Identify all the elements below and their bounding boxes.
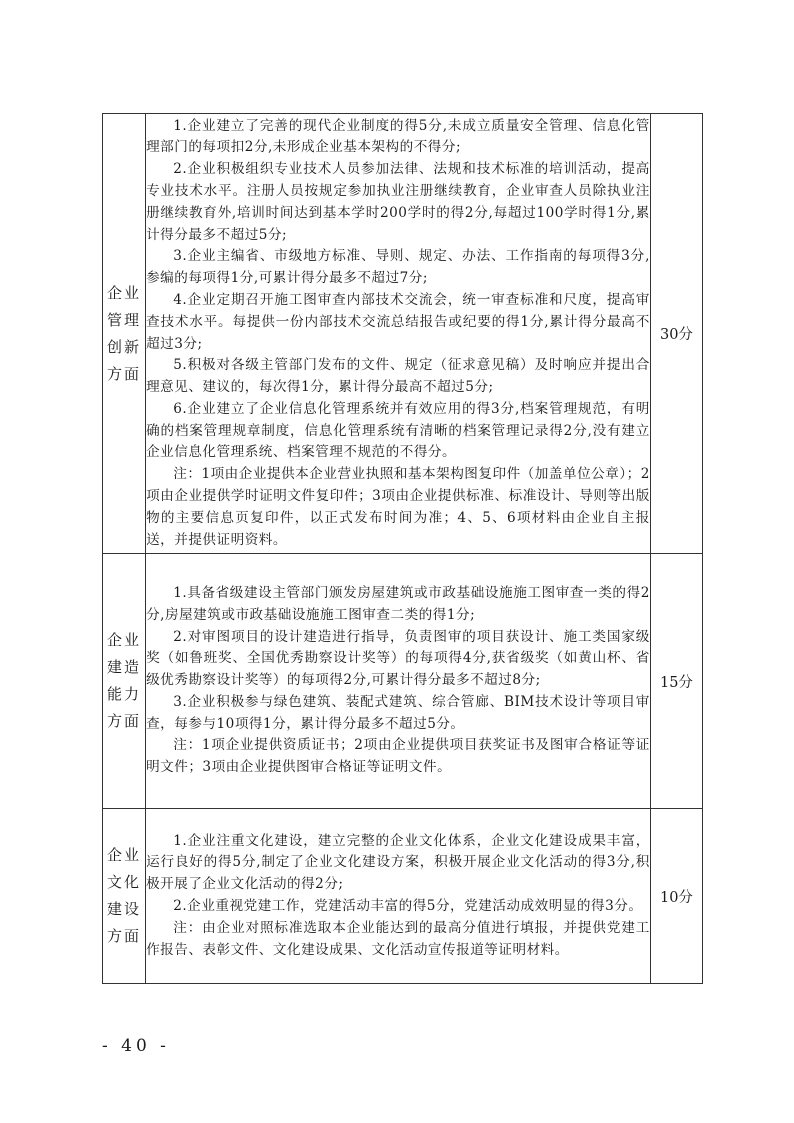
criterion-item: 1.具备省级建设主管部门颁发房屋建筑或市政基础设施施工图审查一类的得2分,房屋建…	[146, 583, 650, 627]
criterion-item: 3.企业主编省、市级地方标准、导则、规定、办法、工作指南的每项得3分,参编的每项…	[146, 246, 650, 290]
criteria-cell: 1.具备省级建设主管部门颁发房屋建筑或市政基础设施施工图审查一类的得2分,房屋建…	[146, 554, 651, 809]
criterion-item: 3.企业积极参与绿色建筑、装配式建筑、综合管廊、BIM技术设计等项目审查，每参与…	[146, 692, 650, 736]
score-cell: 10分	[650, 809, 702, 984]
criterion-note: 注：1项企业提供资质证书；2项由企业提供项目获奖证书及图审合格证等证明文件；3项…	[146, 735, 650, 779]
page-number: - 40 -	[102, 1036, 170, 1056]
score-cell: 15分	[650, 554, 702, 809]
category-cell: 企业 建造 能力 方面	[103, 554, 146, 809]
scoring-table: 企业 管理 创新 方面 1.企业建立了完善的现代企业制度的得5分,未成立质量安全…	[102, 113, 703, 984]
criteria-cell: 1.企业注重文化建设，建立完整的企业文化体系，企业文化建设成果丰富，运行良好的得…	[146, 809, 651, 984]
table-row-construction-capability: 企业 建造 能力 方面 1.具备省级建设主管部门颁发房屋建筑或市政基础设施施工图…	[103, 554, 703, 809]
category-cell: 企业 管理 创新 方面	[103, 114, 146, 554]
score-cell: 30分	[650, 114, 702, 554]
criteria-cell: 1.企业建立了完善的现代企业制度的得5分,未成立质量安全管理、信息化管理部门的每…	[146, 114, 651, 554]
criterion-item: 5.积极对各级主管部门发布的文件、规定（征求意见稿）及时响应并提出合理意见、建议…	[146, 355, 650, 399]
criterion-item: 2.对审图项目的设计建造进行指导，负责图审的项目获设计、施工类国家级奖（如鲁班奖…	[146, 627, 650, 692]
table-row-management-innovation: 企业 管理 创新 方面 1.企业建立了完善的现代企业制度的得5分,未成立质量安全…	[103, 114, 703, 554]
criterion-item: 6.企业建立了企业信息化管理系统并有效应用的得3分,档案管理规范，有明确的档案管…	[146, 399, 650, 464]
criterion-item: 2.企业重视党建工作，党建活动丰富的得5分，党建活动成效明显的得3分。	[146, 896, 650, 918]
criterion-note: 注：由企业对照标准选取本企业能达到的最高分值进行填报，并提供党建工作报告、表彰文…	[146, 918, 650, 962]
category-cell: 企业 文化 建设 方面	[103, 809, 146, 984]
criterion-item: 1.企业注重文化建设，建立完整的企业文化体系，企业文化建设成果丰富，运行良好的得…	[146, 831, 650, 896]
criterion-item: 2.企业积极组织专业技术人员参加法律、法规和技术标准的培训活动，提高专业技术水平…	[146, 159, 650, 246]
table-row-culture-building: 企业 文化 建设 方面 1.企业注重文化建设，建立完整的企业文化体系，企业文化建…	[103, 809, 703, 984]
criterion-item: 4.企业定期召开施工图审查内部技术交流会，统一审查标准和尺度，提高审查技术水平。…	[146, 290, 650, 355]
criterion-item: 1.企业建立了完善的现代企业制度的得5分,未成立质量安全管理、信息化管理部门的每…	[146, 116, 650, 160]
criterion-note: 注：1项由企业提供本企业营业执照和基本架构图复印件（加盖单位公章）；2项由企业提…	[146, 464, 650, 551]
